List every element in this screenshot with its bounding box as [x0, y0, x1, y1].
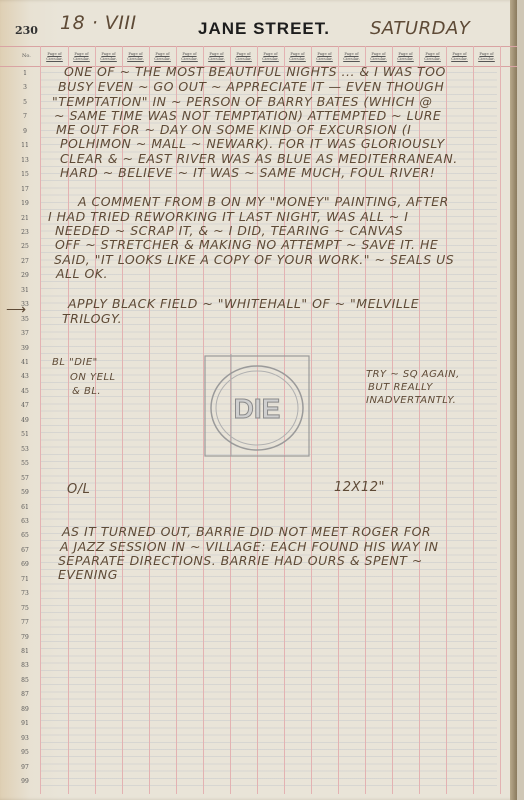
row-number: 99 [14, 778, 36, 785]
row-number: 77 [14, 619, 36, 626]
row-number: 11 [14, 142, 36, 149]
row-number: 7 [14, 113, 36, 120]
row-number: 5 [14, 99, 36, 106]
page-number: 230 [15, 24, 38, 37]
row-number: 23 [14, 229, 36, 236]
text-line: A COMMENT FROM B ON MY "MONEY" PAINTING,… [78, 194, 449, 209]
text-line: SEPARATE DIRECTIONS. BARRIE HAD OURS & S… [58, 553, 423, 568]
die-sketch: DIE [201, 352, 313, 460]
text-line: APPLY BLACK FIELD ~ "WHITEHALL" OF ~ "ME… [68, 296, 419, 311]
row-number: 1 [14, 70, 36, 77]
column-header: Page of Circular. [41, 51, 68, 61]
text-line: "TEMPTATION" IN ~ PERSON OF BARRY BATES … [52, 94, 432, 109]
column-header: Page of Circular. [149, 51, 176, 61]
text-line: A JAZZ SESSION IN ~ VILLAGE: EACH FOUND … [60, 539, 439, 554]
column-header: Page of Circular. [392, 51, 419, 61]
note-line: & BL. [72, 386, 101, 397]
column-header: Page of Circular. [95, 51, 122, 61]
text-line: AS IT TURNED OUT, BARRIE DID NOT MEET RO… [62, 524, 431, 539]
column-header: Page of Circular. [311, 51, 338, 61]
svg-text:DIE: DIE [234, 393, 281, 424]
arrow-mark-icon: ⟶ [6, 302, 26, 319]
row-number: 39 [14, 345, 36, 352]
row-number: 49 [14, 417, 36, 424]
row-number: 85 [14, 677, 36, 684]
column-header: Page of Circular. [284, 51, 311, 61]
row-number: 79 [14, 634, 36, 641]
row-number: 15 [14, 171, 36, 178]
row-number: 63 [14, 518, 36, 525]
date-handwritten: 18 · VIII [60, 12, 137, 34]
row-number: 71 [14, 576, 36, 583]
row-number: 75 [14, 605, 36, 612]
column-header: Page of Circular. [176, 51, 203, 61]
column-header: Page of Circular. [365, 51, 392, 61]
text-line: ME OUT FOR ~ DAY ON SOME KIND OF EXCURSI… [56, 122, 411, 137]
row-number: 19 [14, 200, 36, 207]
text-line: POLHIMON ~ MALL ~ NEWARK). FOR IT WAS GL… [60, 136, 445, 151]
row-number: 13 [14, 157, 36, 164]
row-number: 69 [14, 561, 36, 568]
column-header: Page of Circular. [257, 51, 284, 61]
row-number: 43 [14, 373, 36, 380]
row-number: 83 [14, 662, 36, 669]
page-edge [510, 0, 517, 800]
row-number: 67 [14, 547, 36, 554]
row-number: 53 [14, 446, 36, 453]
text-line: CLEAR & ~ EAST RIVER WAS AS BLUE AS MEDI… [60, 151, 458, 166]
note-line: INADVERTANTLY. [366, 395, 456, 406]
row-number: 59 [14, 489, 36, 496]
text-line: ~ SAME TIME WAS NOT TEMPTATION) ATTEMPTE… [54, 108, 441, 123]
note-line: ON YELL [70, 372, 116, 383]
row-number: 17 [14, 186, 36, 193]
row-number: 31 [14, 287, 36, 294]
note-line: BL "DIE" [52, 357, 98, 368]
text-line: BUSY EVEN ~ GO OUT ~ APPRECIATE IT — EVE… [58, 79, 444, 94]
size-right: 12X12" [334, 480, 385, 495]
row-number: 65 [14, 532, 36, 539]
text-line: SAID, "IT LOOKS LIKE A COPY OF YOUR WORK… [54, 252, 454, 267]
row-number: 45 [14, 388, 36, 395]
note-line: TRY ~ SQ AGAIN, [366, 369, 460, 380]
row-number: 95 [14, 749, 36, 756]
row-number: 9 [14, 128, 36, 135]
text-line: EVENING [58, 567, 118, 582]
day-handwritten: SATURDAY [370, 18, 470, 39]
size-left: O/L [67, 482, 90, 497]
text-line: NEEDED ~ SCRAP IT, & ~ I DID, TEARING ~ … [55, 223, 403, 238]
row-number: 37 [14, 330, 36, 337]
row-number: 97 [14, 764, 36, 771]
column-header: Page of Circular. [446, 51, 473, 61]
row-number: 3 [14, 84, 36, 91]
column-header: Page of Circular. [230, 51, 257, 61]
text-line: TRILOGY. [62, 311, 122, 326]
row-number: 29 [14, 272, 36, 279]
text-line: ONE OF ~ THE MOST BEAUTIFUL NIGHTS ... &… [64, 64, 446, 79]
header-rule-top [0, 46, 517, 47]
row-number: 27 [14, 258, 36, 265]
column-rule [40, 46, 41, 794]
text-line: HARD ~ BELIEVE ~ IT WAS ~ SAME MUCH, FOU… [60, 165, 435, 180]
column-header: Page of Circular. [122, 51, 149, 61]
column-rule [473, 46, 474, 794]
row-number: 91 [14, 720, 36, 727]
column-header: Page of Circular. [338, 51, 365, 61]
page-title: JANE STREET. [198, 19, 330, 39]
row-number: 51 [14, 431, 36, 438]
column-header: Page of Circular. [203, 51, 230, 61]
text-line: OFF ~ STRETCHER & MAKING NO ATTEMPT ~ SA… [55, 237, 438, 252]
text-line: I HAD TRIED REWORKING IT LAST NIGHT, WAS… [48, 209, 408, 224]
row-number: 47 [14, 402, 36, 409]
row-number: 61 [14, 504, 36, 511]
row-number: 21 [14, 215, 36, 222]
row-number: 25 [14, 243, 36, 250]
column-header: Page of Circular. [68, 51, 95, 61]
column-header: Page of Circular. [419, 51, 446, 61]
row-number: 87 [14, 691, 36, 698]
text-line: ALL OK. [56, 266, 108, 281]
row-number: 73 [14, 590, 36, 597]
row-number: 57 [14, 475, 36, 482]
row-number: 89 [14, 706, 36, 713]
row-number: 41 [14, 359, 36, 366]
column-rule [500, 46, 501, 794]
note-line: BUT REALLY [368, 382, 433, 393]
no-column-header: No. [22, 53, 31, 59]
row-number: 55 [14, 460, 36, 467]
column-header: Page of Circular. [473, 51, 500, 61]
row-number: 93 [14, 735, 36, 742]
row-number: 81 [14, 648, 36, 655]
ledger-page: 230 18 · VIII JANE STREET. SATURDAY No. … [0, 0, 517, 800]
